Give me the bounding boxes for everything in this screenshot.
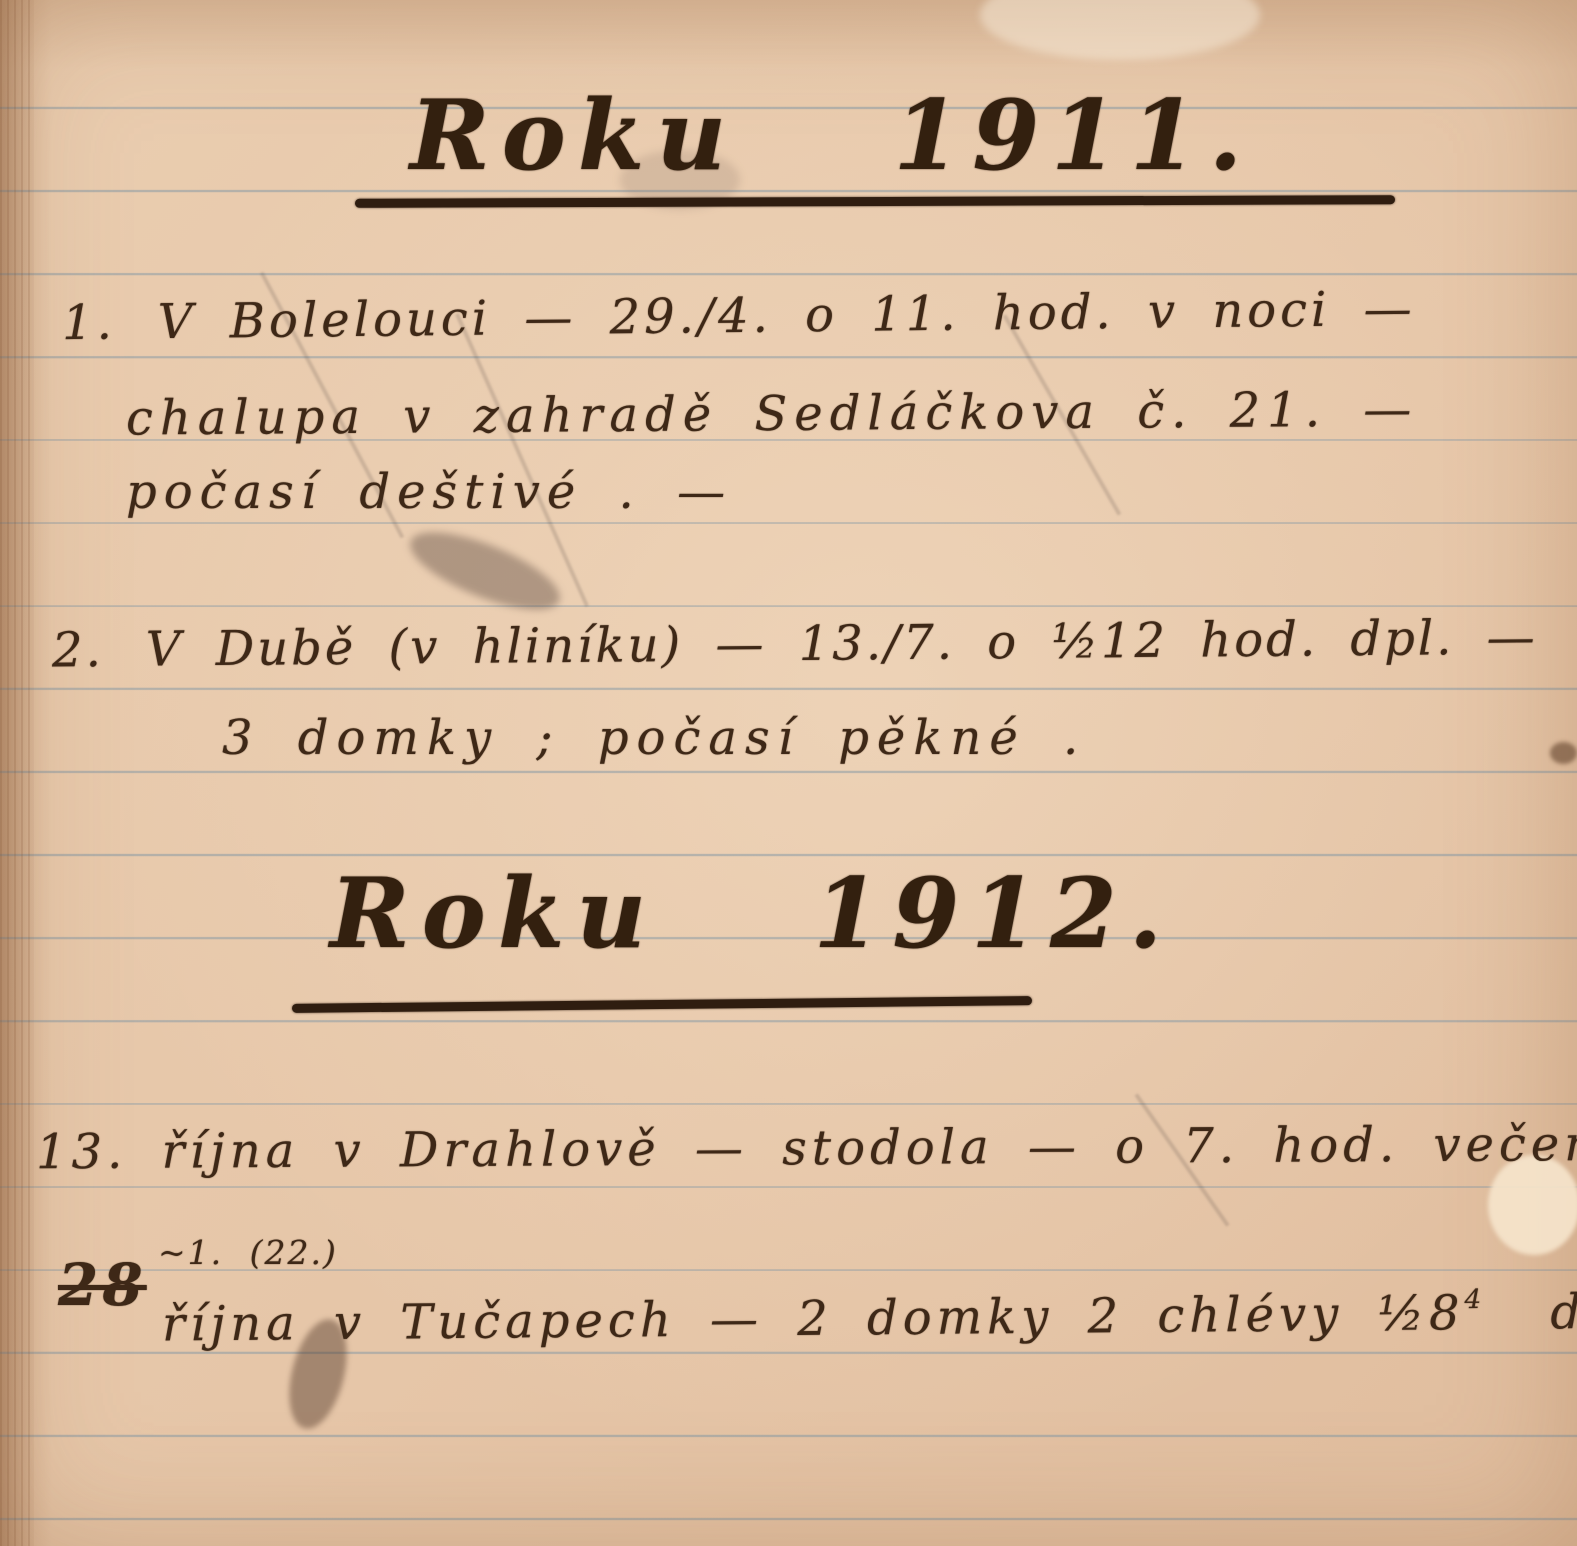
entry-1912-2-correction: ~1. (22.) (158, 1236, 338, 1269)
corner-light-patch (980, 0, 1260, 60)
heading-1911: Roku 1911. (410, 88, 1254, 184)
heading-1912: Roku 1912. (330, 866, 1174, 962)
entry-text: V Dubě (v hliníku) — 13./7. o ½12 hod. d… (146, 610, 1538, 678)
entry-1912-2-line1: října v Tučapech — 2 domky 2 chlévy ½84d… (162, 1287, 1577, 1348)
notebook-page: Roku 1911. 1.V Bolelouci — 29./4. o 11. … (0, 0, 1577, 1546)
entry-1911-2-line1: 2.V Dubě (v hliníku) — 13./7. o ½12 hod.… (52, 614, 1538, 675)
crease-mark (1550, 742, 1577, 764)
entry-1911-1-line3: počasí deštivé . — (126, 468, 732, 516)
heading-underline-1912 (292, 996, 1032, 1013)
ink-smudge (401, 517, 569, 625)
entry-number: 1. (62, 299, 116, 348)
entry-1912-1-line1: 13. října v Drahlově — stodola — o 7. ho… (36, 1120, 1577, 1177)
entry-1911-2-line2: 3 domky ; počasí pěkné . (222, 714, 1086, 762)
entry-1912-2-struck-date: 28 (58, 1256, 147, 1314)
entry-number: 2. (52, 626, 104, 674)
entry-text: V Bolelouci — 29./4. o 11. hod. v noci — (158, 281, 1416, 350)
entry-1911-1-line2: chalupa v zahradě Sedláčkova č. 21. — (126, 385, 1419, 442)
heading-underline-1911 (355, 195, 1395, 208)
entry-1911-1-line1: 1.V Bolelouci — 29./4. o 11. hod. v noci… (62, 285, 1416, 347)
entry-text: října v Tučapech — 2 domky 2 chlévy ½8 (162, 1285, 1465, 1352)
ditto-mark: dto. (1550, 1287, 1577, 1336)
binding-edge (0, 0, 34, 1546)
superscript-note: 4 (1464, 1284, 1486, 1315)
